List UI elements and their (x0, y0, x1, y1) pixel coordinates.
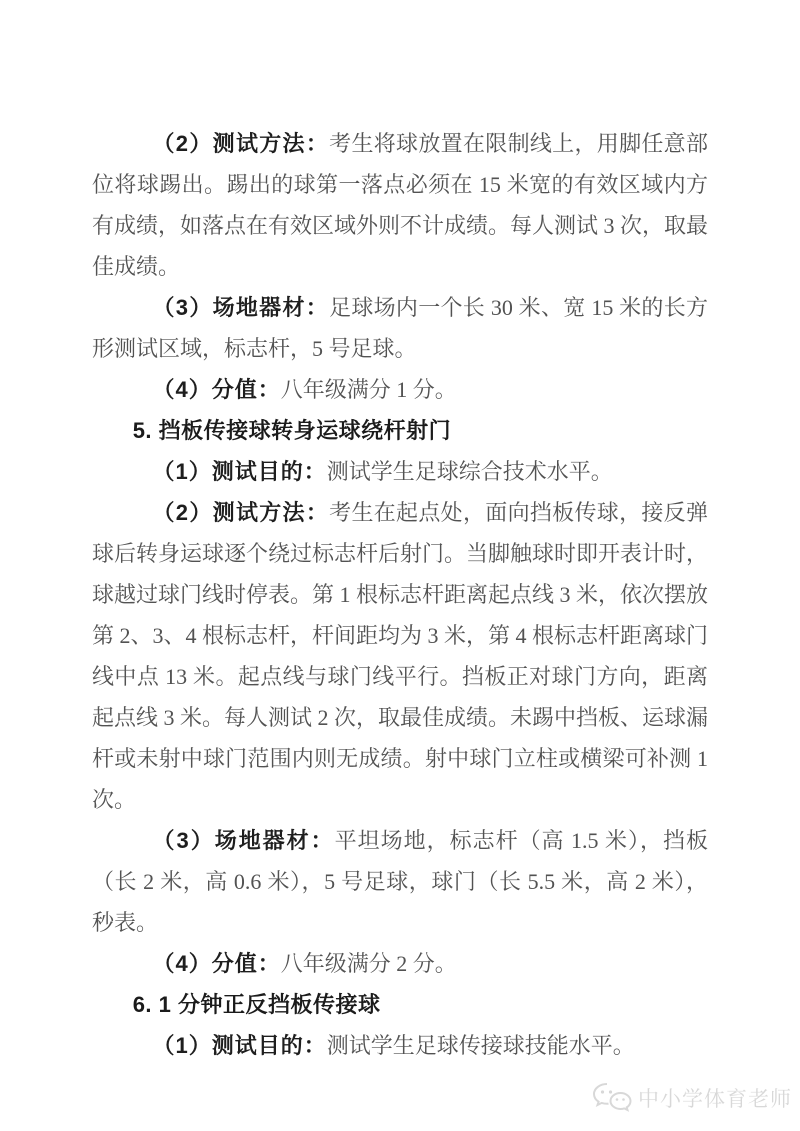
paragraph-test-purpose-6: （1）测试目的：测试学生足球传接球技能水平。 (92, 1025, 708, 1066)
paragraph-label: （4）分值： (153, 377, 281, 402)
section-heading-6: 6. 1 分钟正反挡板传接球 (92, 984, 708, 1025)
paragraph-label: （3）场地器材： (153, 828, 335, 853)
paragraph-text: 八年级满分 1 分。 (281, 377, 457, 402)
paragraph-score-5: （4）分值：八年级满分 2 分。 (92, 943, 708, 984)
paragraph-test-method-4: （2）测试方法：考生将球放置在限制线上，用脚任意部位将球踢出。踢出的球第一落点必… (92, 123, 708, 287)
wechat-icon (592, 1082, 632, 1114)
paragraph-text: 测试学生足球综合技术水平。 (327, 459, 613, 484)
paragraph-label: （1）测试目的： (153, 1033, 327, 1058)
paragraph-field-equipment-4: （3）场地器材：足球场内一个长 30 米、宽 15 米的长方形测试区域，标志杆，… (92, 287, 708, 369)
document-content: （2）测试方法：考生将球放置在限制线上，用脚任意部位将球踢出。踢出的球第一落点必… (92, 123, 708, 1066)
watermark: 中小学体育老师 (592, 1082, 792, 1114)
paragraph-field-equipment-5: （3）场地器材：平坦场地，标志杆（高 1.5 米），挡板（长 2 米，高 0.6… (92, 820, 708, 943)
watermark-text: 中小学体育老师 (638, 1083, 792, 1113)
paragraph-label: （1）测试目的： (153, 459, 327, 484)
paragraph-test-method-5: （2）测试方法：考生在起点处，面向挡板传球，接反弹球后转身运球逐个绕过标志杆后射… (92, 492, 708, 820)
paragraph-text: 八年级满分 2 分。 (281, 951, 457, 976)
paragraph-label: （2）测试方法： (153, 131, 330, 156)
section-heading-5: 5. 挡板传接球转身运球绕杆射门 (92, 410, 708, 451)
paragraph-text: 测试学生足球传接球技能水平。 (327, 1033, 635, 1058)
paragraph-score-4: （4）分值：八年级满分 1 分。 (92, 369, 708, 410)
paragraph-label: （3）场地器材： (153, 295, 330, 320)
paragraph-text: 考生在起点处，面向挡板传球，接反弹球后转身运球逐个绕过标志杆后射门。当脚触球时即… (92, 500, 708, 812)
document-page: （2）测试方法：考生将球放置在限制线上，用脚任意部位将球踢出。踢出的球第一落点必… (0, 0, 800, 1131)
paragraph-label: （2）测试方法： (153, 500, 330, 525)
paragraph-test-purpose-5: （1）测试目的：测试学生足球综合技术水平。 (92, 451, 708, 492)
paragraph-label: （4）分值： (153, 951, 281, 976)
